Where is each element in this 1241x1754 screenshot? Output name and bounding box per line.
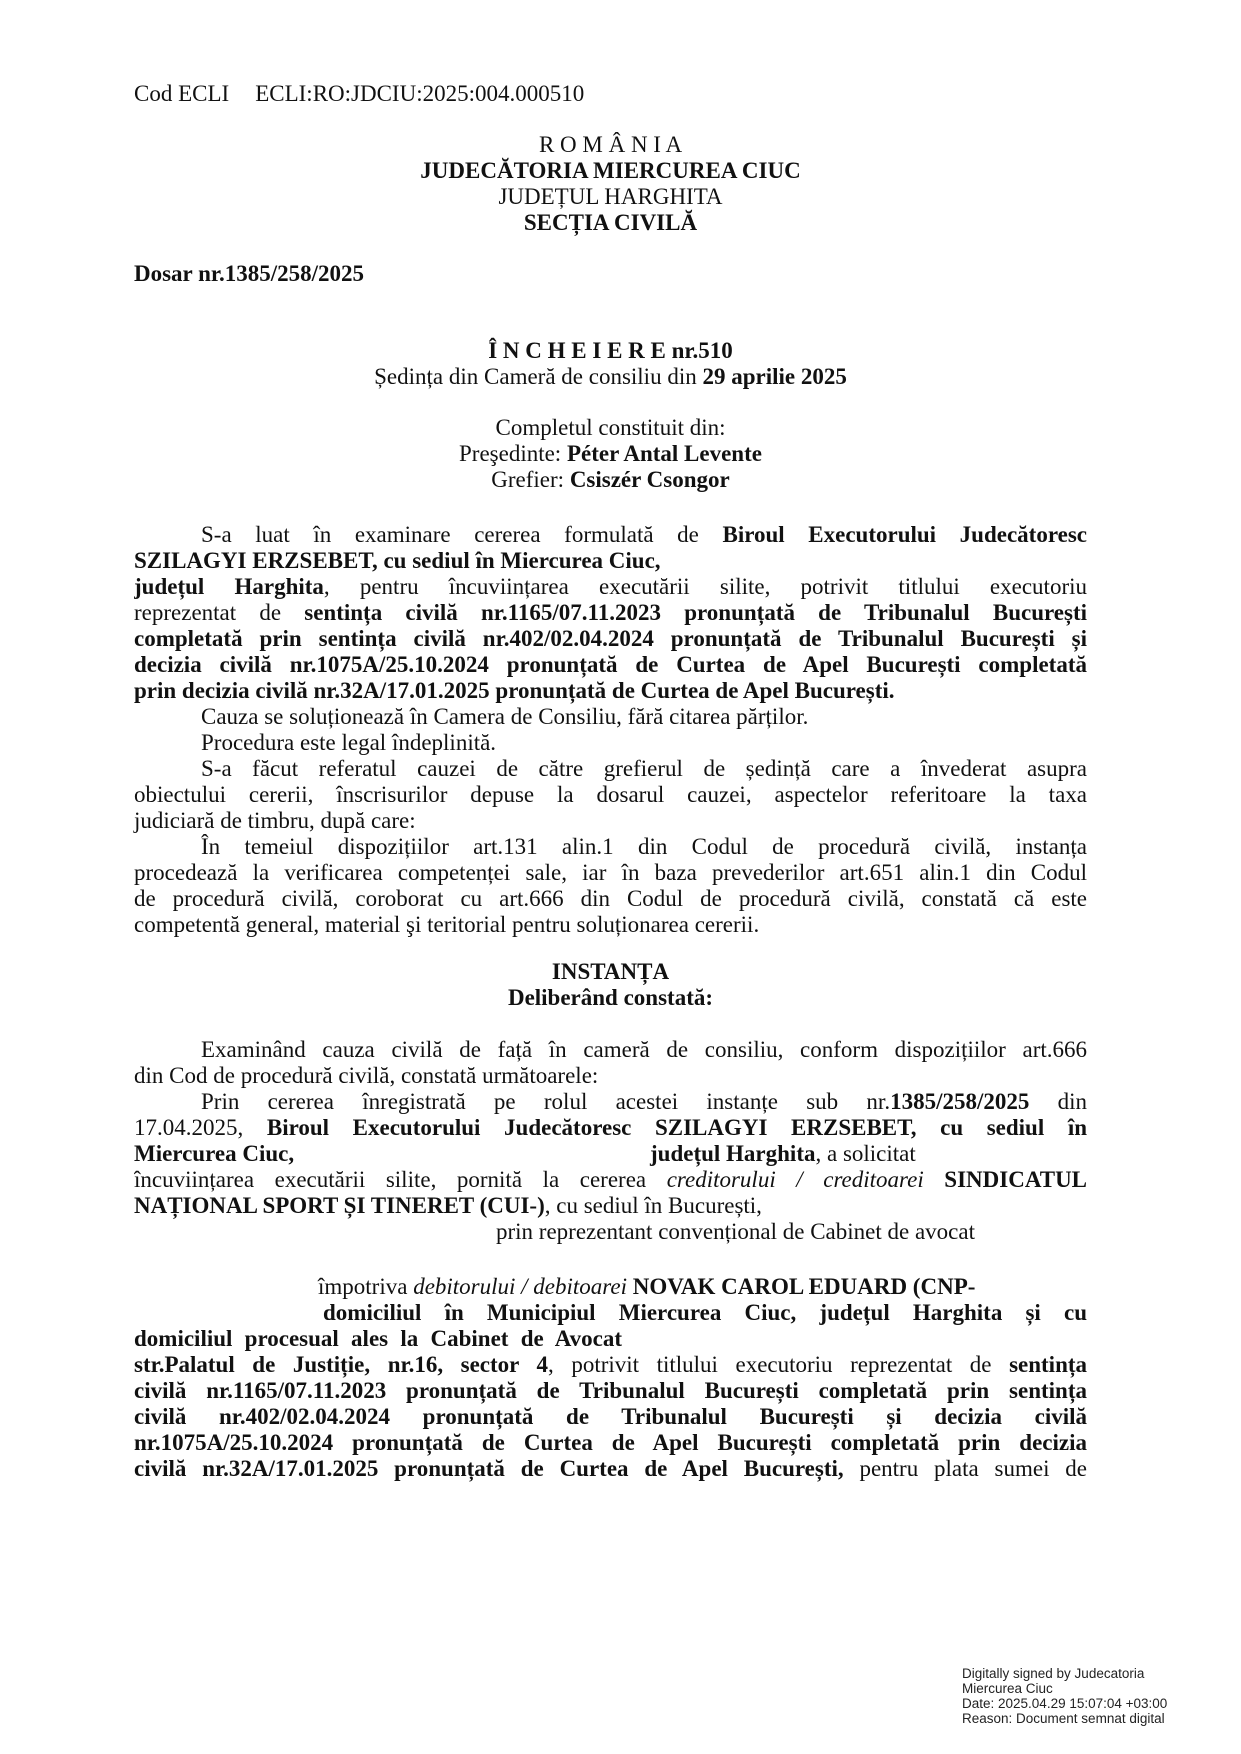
header-section: SECȚIA CIVILĂ	[134, 209, 1087, 236]
session-line: Ședința din Cameră de consiliu din 29 ap…	[134, 363, 1087, 390]
signature-reason: Reason: Document semnat digital	[962, 1711, 1167, 1726]
findings-line-1: Examinând cauza civilă de față în cameră…	[201, 1036, 1087, 1063]
signature-line-2: Miercurea Ciuc	[962, 1681, 1167, 1696]
clerk-name: Csiszér Csongor	[570, 467, 730, 492]
debtor-line-4: str.Palatul de Justiție, nr.16, sector 4…	[134, 1351, 1087, 1378]
intro-line-7: prin decizia civilă nr.32A/17.01.2025 pr…	[134, 677, 895, 704]
intro-text: , pentru încuviințarea executării silite…	[324, 574, 1087, 599]
ecli-code: ECLI:RO:JDCIU:2025:004.000510	[255, 81, 584, 106]
debtor-text: , potrivit titlului executoriu reprezent…	[548, 1352, 1009, 1377]
intro-line-4: reprezentat de sentința civilă nr.1165/0…	[134, 599, 1087, 626]
creditor-label: creditorului / creditoarei	[667, 1167, 924, 1192]
request-text: , cu sediul în București,	[545, 1193, 762, 1218]
intro-text: S-a luat în examinare cererea formulată …	[201, 522, 722, 547]
debtor-text: împotriva	[318, 1274, 413, 1299]
title-ref: sentința	[1009, 1352, 1087, 1377]
document-title: Î N C H E I E R E nr.510	[134, 337, 1087, 364]
procedure-p3-line-2: obiectului cererii, înscrisurilor depuse…	[134, 781, 1087, 808]
debtor-line-2: domiciliul în Municipiul Miercurea Ciuc,…	[323, 1299, 1087, 1326]
document-number: nr.510	[666, 338, 733, 363]
header-county: JUDEȚUL HARGHITA	[134, 183, 1087, 210]
panel-president: Preşedinte: Péter Antal Levente	[134, 440, 1087, 467]
creditor-name: NAȚIONAL SPORT ȘI TINERET (CUI-)	[134, 1193, 545, 1218]
request-date: 17.04.2025,	[134, 1115, 267, 1140]
header-court: JUDECĂTORIA MIERCUREA CIUC	[134, 157, 1087, 184]
creditor-name: SINDICATUL	[924, 1167, 1087, 1192]
intro-line-5: completată prin sentința civilă nr.402/0…	[134, 625, 1087, 652]
request-line-3: Miercurea Ciuc, județul Harghita, a soli…	[134, 1140, 1087, 1167]
procedure-p2: Procedura este legal îndeplinită.	[201, 729, 496, 756]
ecli-label: Cod ECLI	[134, 81, 229, 106]
deliberation-heading: Deliberând constată:	[134, 984, 1087, 1011]
intro-line-2: SZILAGYI ERZSEBET, cu sediul în Miercure…	[134, 547, 661, 574]
panel-intro: Completul constituit din:	[134, 414, 1087, 441]
procedure-p3-line-1: S-a făcut referatul cauzei de către gref…	[201, 755, 1087, 782]
procedure-p1: Cauza se soluționează în Camera de Consi…	[201, 703, 808, 730]
signature-line-1: Digitally signed by Judecatoria	[962, 1666, 1167, 1681]
case-ref: 1385/258/2025	[890, 1089, 1029, 1114]
digital-signature: Digitally signed by Judecatoria Miercure…	[962, 1666, 1167, 1726]
lawyer-address: str.Palatul de Justiție, nr.16, sector 4	[134, 1352, 548, 1377]
title-ref: civilă nr.32A/17.01.2025 pronunțată de C…	[134, 1456, 844, 1481]
debtor-text: pentru plata sumei de	[844, 1456, 1087, 1481]
clerk-label: Grefier:	[491, 467, 570, 492]
session-prefix: Ședința din Cameră de consiliu din	[374, 364, 702, 389]
debtor-line-7: nr.1075A/25.10.2024 pronunțată de Curtea…	[134, 1429, 1087, 1456]
bailiff-office: Biroul Executorului Judecătoresc SZILAGY…	[267, 1115, 1087, 1140]
debtor-line-5: civilă nr.1165/07.11.2023 pronunțată de …	[134, 1377, 1087, 1404]
procedure-p4-line-1: În temeiul dispozițiilor art.131 alin.1 …	[201, 833, 1087, 860]
debtor-line-6: civilă nr.402/02.04.2024 pronunțată de T…	[134, 1403, 1087, 1430]
request-text: Prin cererea înregistrată pe rolul acest…	[201, 1089, 890, 1114]
procedure-p4-line-3: de procedură civilă, coroborat cu art.66…	[134, 885, 1087, 912]
request-text: , a solicitat	[815, 1141, 915, 1166]
session-date: 29 aprilie 2025	[702, 364, 846, 389]
city-bold: Miercurea Ciuc,	[134, 1141, 294, 1166]
document-page: Cod ECLIECLI:RO:JDCIU:2025:004.000510 R …	[0, 0, 1241, 1754]
debtor-line-8: civilă nr.32A/17.01.2025 pronunțată de C…	[134, 1455, 1087, 1482]
intro-line-6: decizia civilă nr.1075A/25.10.2024 pronu…	[134, 651, 1087, 678]
ecli-line: Cod ECLIECLI:RO:JDCIU:2025:004.000510	[134, 80, 584, 107]
document-type: Î N C H E I E R E	[488, 338, 666, 363]
debtor-label: debitorului / debitoarei	[413, 1274, 627, 1299]
intro-line-3: județul Harghita, pentru încuviințarea e…	[134, 573, 1087, 600]
findings-line-2: din Cod de procedură civilă, constată ur…	[134, 1062, 598, 1089]
debtor-line-1: împotriva debitorului / debitoarei NOVAK…	[318, 1273, 975, 1300]
request-line-4: încuviințarea executării silite, pornită…	[134, 1166, 1087, 1193]
procedure-p4-line-4: competentă general, material şi teritori…	[134, 911, 759, 938]
bailiff-office: Biroul Executorului Judecătoresc	[722, 522, 1087, 547]
request-text: din	[1029, 1089, 1087, 1114]
panel-clerk: Grefier: Csiszér Csongor	[134, 466, 1087, 493]
procedure-p3-line-3: judiciară de timbru, după care:	[134, 807, 416, 834]
request-line-2: 17.04.2025, Biroul Executorului Judecăto…	[134, 1114, 1087, 1141]
procedure-p4-line-2: procedează la verificarea competenței sa…	[134, 859, 1087, 886]
county-bold: județul Harghita	[650, 1141, 815, 1166]
case-number: Dosar nr.1385/258/2025	[134, 260, 364, 287]
request-line-1: Prin cererea înregistrată pe rolul acest…	[201, 1088, 1087, 1115]
debtor-line-3: domiciliul procesual ales la Cabinet de …	[134, 1325, 622, 1352]
debtor-name: NOVAK CAROL EDUARD (CNP-	[627, 1274, 975, 1299]
title-ref: sentința civilă nr.1165/07.11.2023 pronu…	[304, 600, 1087, 625]
intro-text: reprezentat de	[134, 600, 304, 625]
request-text: încuviințarea executării silite, pornită…	[134, 1167, 667, 1192]
country-text: R O M Â N I A	[539, 132, 682, 157]
county-bold: județul Harghita	[134, 574, 324, 599]
president-label: Preşedinte:	[459, 441, 567, 466]
intro-line-1: S-a luat în examinare cererea formulată …	[201, 521, 1087, 548]
request-line-6: prin reprezentant convențional de Cabine…	[496, 1218, 975, 1245]
court-heading: INSTANȚA	[134, 958, 1087, 985]
header-country: R O M Â N I A	[134, 131, 1087, 158]
request-line-3-right: județul Harghita, a solicitat	[650, 1140, 916, 1167]
request-line-5: NAȚIONAL SPORT ȘI TINERET (CUI-), cu sed…	[134, 1192, 762, 1219]
president-name: Péter Antal Levente	[567, 441, 762, 466]
signature-date: Date: 2025.04.29 15:07:04 +03:00	[962, 1696, 1167, 1711]
